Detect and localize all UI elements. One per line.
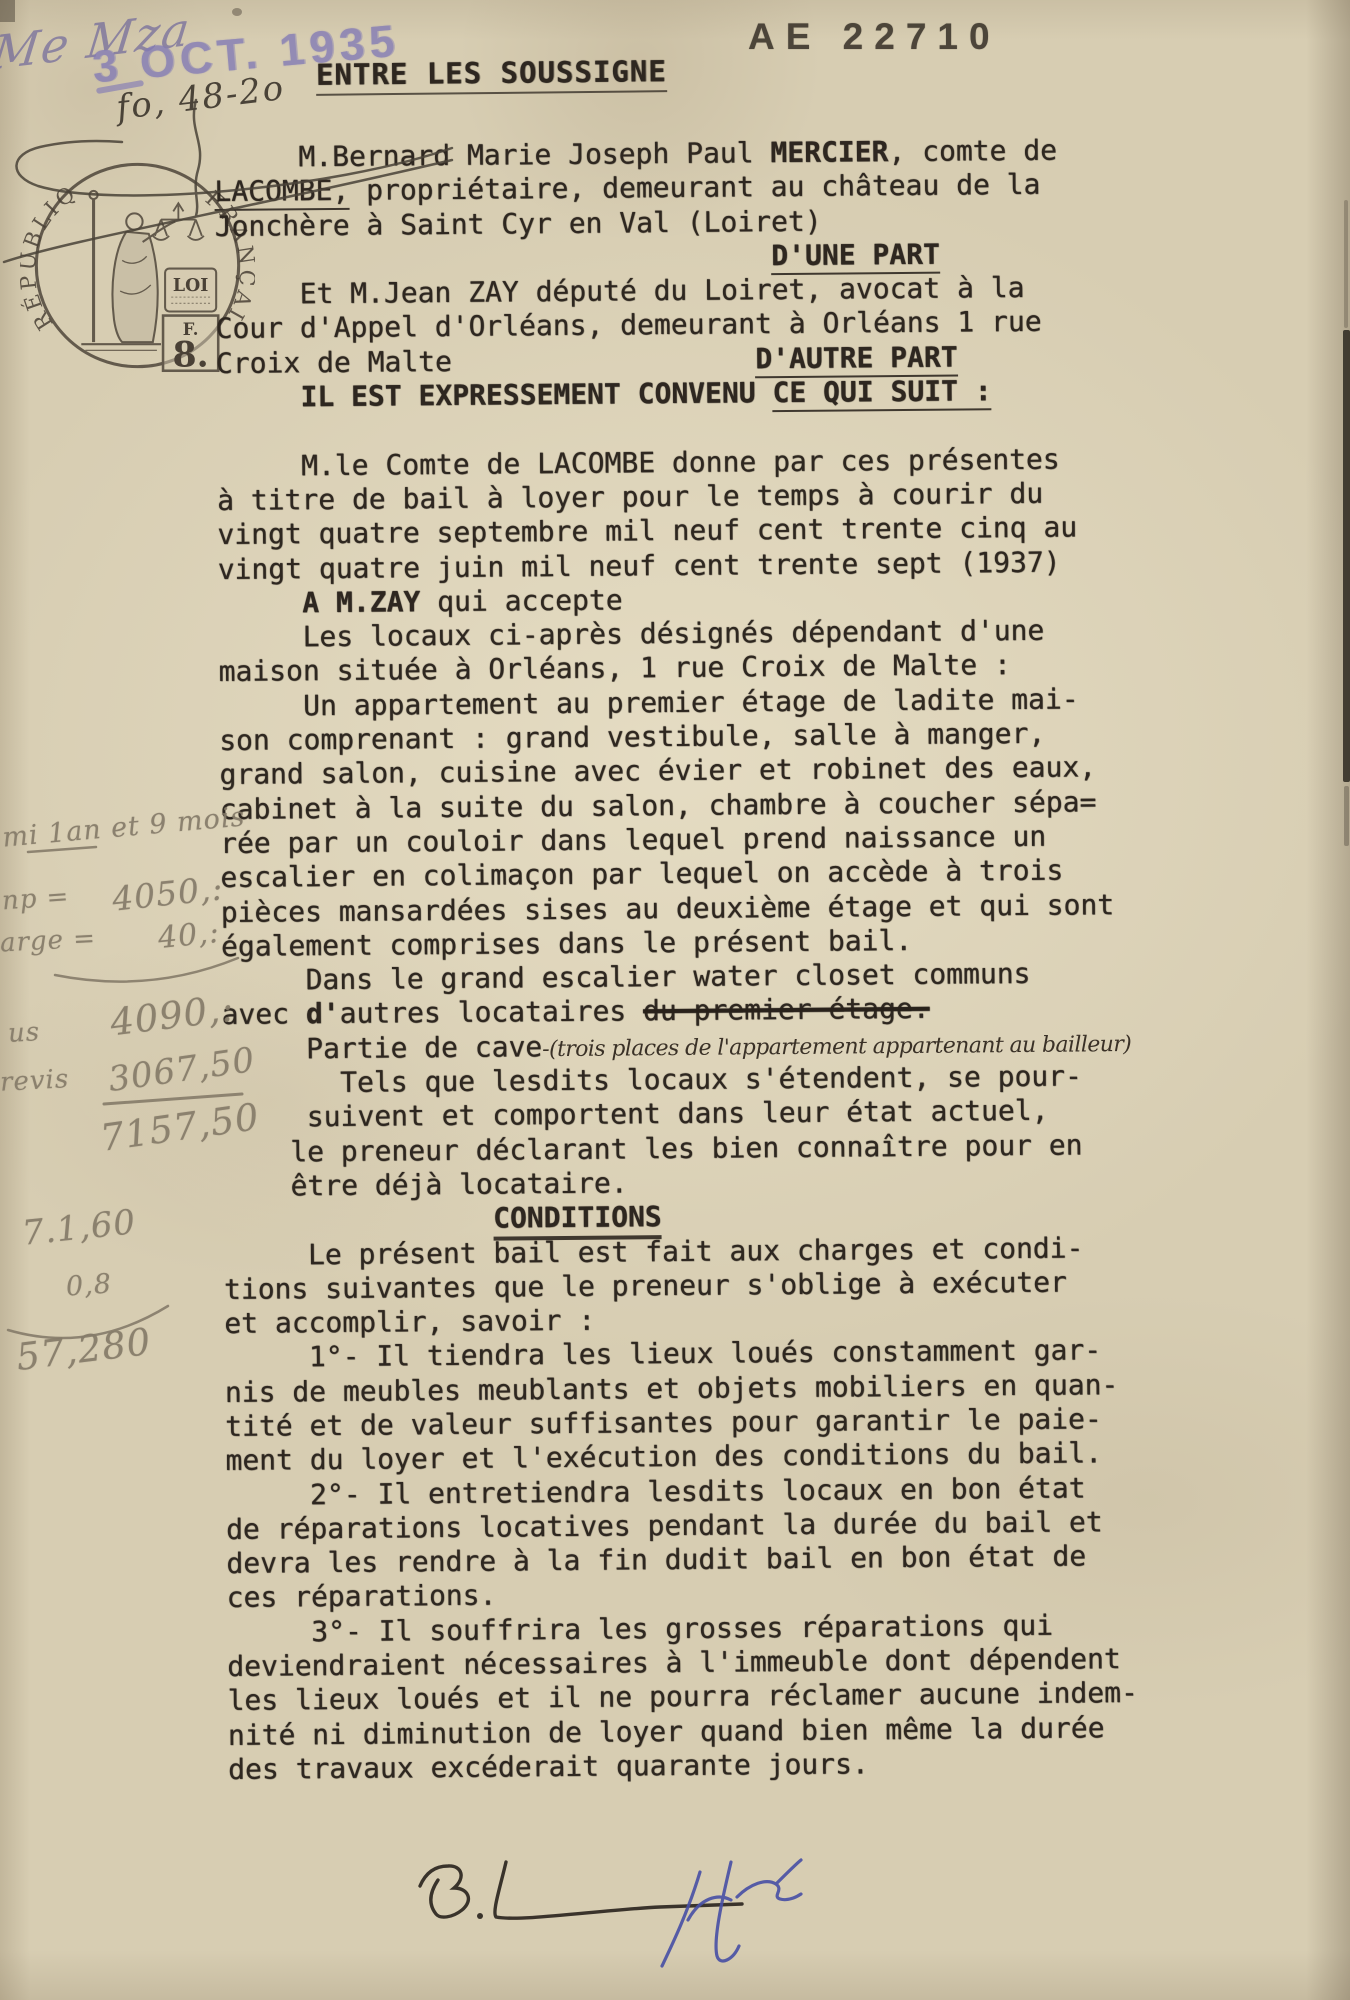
margin-notes: mi 1an et 9 moisnp =4050,:arge =40,:us40… <box>0 0 280 1450</box>
margin-note: np = <box>1 882 70 917</box>
margin-note: 3067,50 <box>106 1040 258 1100</box>
margin-note: revis <box>0 1064 70 1098</box>
margin-note: 7.1,60 <box>20 1202 138 1254</box>
margin-note: us <box>7 1017 41 1049</box>
page-title: ENTRE LES SOUSSIGNE <box>316 54 667 96</box>
scan-edge-mark <box>1344 200 1348 328</box>
signature-right <box>662 1860 801 1966</box>
margin-note: 0,8 <box>65 1268 113 1302</box>
margin-note: 4090,: <box>108 987 237 1045</box>
scan-edge-mark <box>1343 330 1350 782</box>
margin-note: 57,280 <box>14 1320 154 1379</box>
typed-line: des travaux excéderait quarante jours. <box>228 1745 1148 1787</box>
typed-text: M.Bernard Marie Joseph Paul MERCIER, com… <box>214 133 1148 1787</box>
margin-note: mi 1an et 9 mois <box>1 801 246 853</box>
margin-note: 4050,: <box>110 868 225 918</box>
scanned-lease-document: { "document": { "title": "ENTRE LES SOUS… <box>0 0 1350 2000</box>
scan-corner-mark <box>0 0 15 22</box>
margin-note: arge = <box>0 924 97 959</box>
scan-edge-mark <box>1344 786 1349 846</box>
margin-note: 40,: <box>156 915 221 956</box>
margin-note: 7157,50 <box>98 1095 262 1160</box>
signature-left <box>420 1862 742 1919</box>
scan-speck <box>232 8 242 16</box>
file-number-stamp: AE 22710 <box>748 16 1001 58</box>
